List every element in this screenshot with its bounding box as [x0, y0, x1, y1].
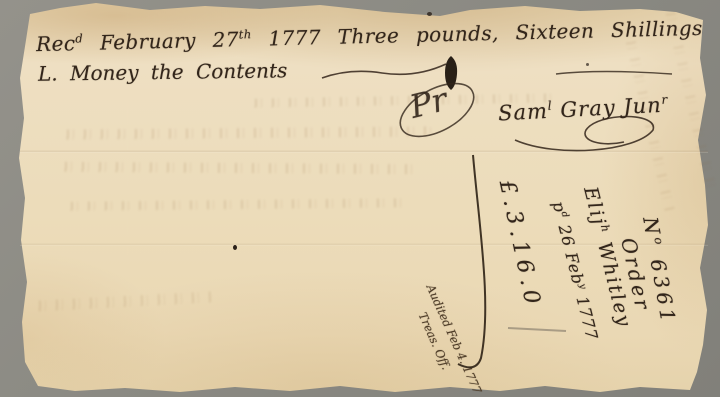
superscript: th — [239, 27, 252, 41]
signature-text: Sam — [497, 99, 548, 126]
paper-sheet — [0, 0, 720, 397]
receipt-text: Rec — [36, 31, 76, 56]
photo-background: Recd February 27th 1777 Three pounds, Si… — [0, 0, 720, 397]
receipt-text: February 27 — [83, 27, 239, 55]
superscript: r — [661, 93, 669, 107]
receipt-body-line-2: L. Money the Contents — [38, 58, 288, 85]
receipt-text: L. Money the Contents — [38, 58, 288, 85]
